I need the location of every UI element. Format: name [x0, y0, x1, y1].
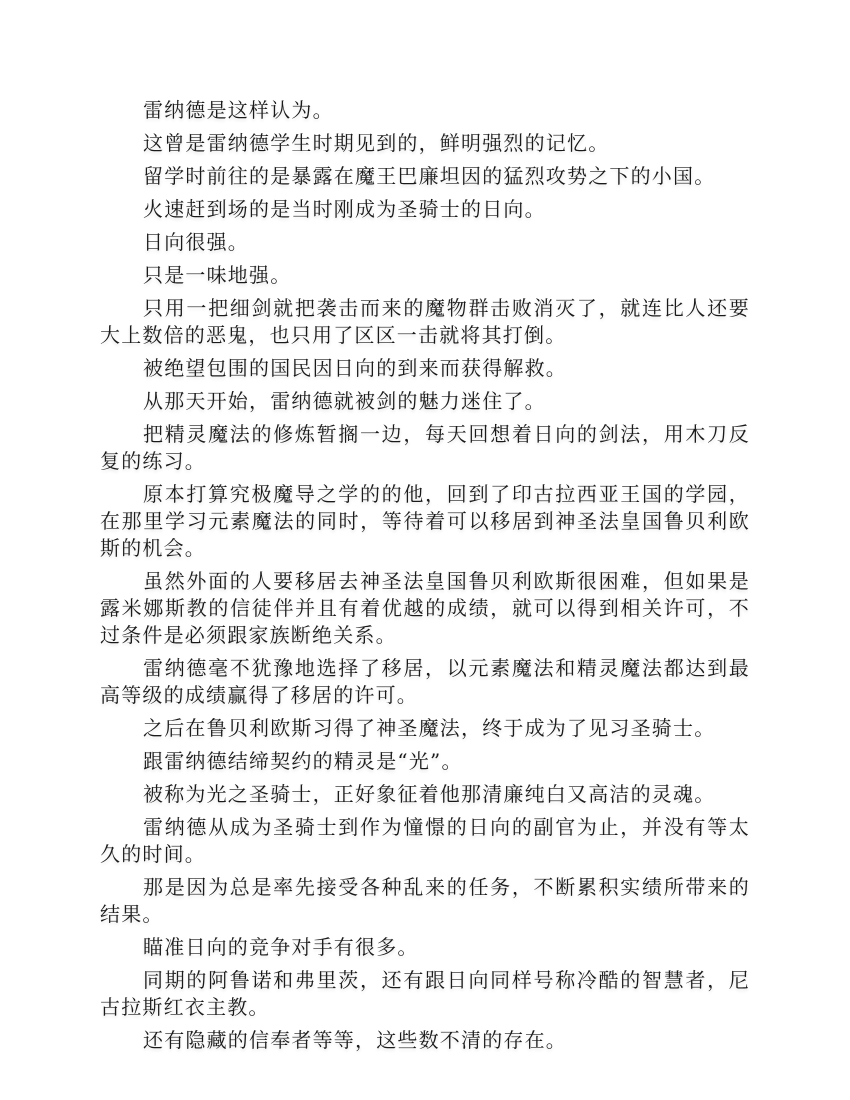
paragraph-9: 从那天开始，雷纳德就被剑的魅力迷住了。: [100, 388, 750, 415]
paragraph-13: 雷纳德毫不犹豫地选择了移居，以元素魔法和精灵魔法都达到最高等级的成绩赢得了移居的…: [100, 655, 750, 709]
paragraph-20: 同期的阿鲁诺和弗里茨，还有跟日向同样号称冷酷的智慧者，尼古拉斯红衣主教。: [100, 967, 750, 1021]
paragraph-5: 日向很强。: [100, 229, 750, 256]
paragraph-19: 瞄准日向的竞争对手有很多。: [100, 934, 750, 961]
paragraph-1: 雷纳德是这样认为。: [100, 97, 750, 124]
paragraph-4: 火速赶到场的是当时刚成为圣骑士的日向。: [100, 196, 750, 223]
paragraph-11: 原本打算究极魔导之学的的他，回到了印古拉西亚王国的学园，在那里学习元素魔法的同时…: [100, 481, 750, 562]
paragraph-17: 雷纳德从成为圣骑士到作为憧憬的日向的副官为止，并没有等太久的时间。: [100, 814, 750, 868]
paragraph-18: 那是因为总是率先接受各种乱来的任务，不断累积实绩所带来的结果。: [100, 874, 750, 928]
paragraph-14: 之后在鲁贝利欧斯习得了神圣魔法，终于成为了见习圣骑士。: [100, 715, 750, 742]
paragraph-12: 虽然外面的人要移居去神圣法皇国鲁贝利欧斯很困难，但如果是露米娜斯教的信徒伴并且有…: [100, 568, 750, 649]
paragraph-6: 只是一味地强。: [100, 262, 750, 289]
paragraph-2: 这曾是雷纳德学生时期见到的，鲜明强烈的记忆。: [100, 130, 750, 157]
paragraph-8: 被绝望包围的国民因日向的到来而获得解救。: [100, 355, 750, 382]
document-page: 雷纳德是这样认为。 这曾是雷纳德学生时期见到的，鲜明强烈的记忆。 留学时前往的是…: [100, 97, 750, 1060]
paragraph-15: 跟雷纳德结缔契约的精灵是“光”。: [100, 748, 750, 775]
paragraph-3: 留学时前往的是暴露在魔王巴廉坦因的猛烈攻势之下的小国。: [100, 163, 750, 190]
paragraph-7: 只用一把细剑就把袭击而来的魔物群击败消灭了，就连比人还要大上数倍的恶鬼，也只用了…: [100, 295, 750, 349]
paragraph-21: 还有隐藏的信奉者等等，这些数不清的存在。: [100, 1027, 750, 1054]
paragraph-16: 被称为光之圣骑士，正好象征着他那清廉纯白又高洁的灵魂。: [100, 781, 750, 808]
paragraph-10: 把精灵魔法的修炼暂搁一边，每天回想着日向的剑法，用木刀反复的练习。: [100, 421, 750, 475]
